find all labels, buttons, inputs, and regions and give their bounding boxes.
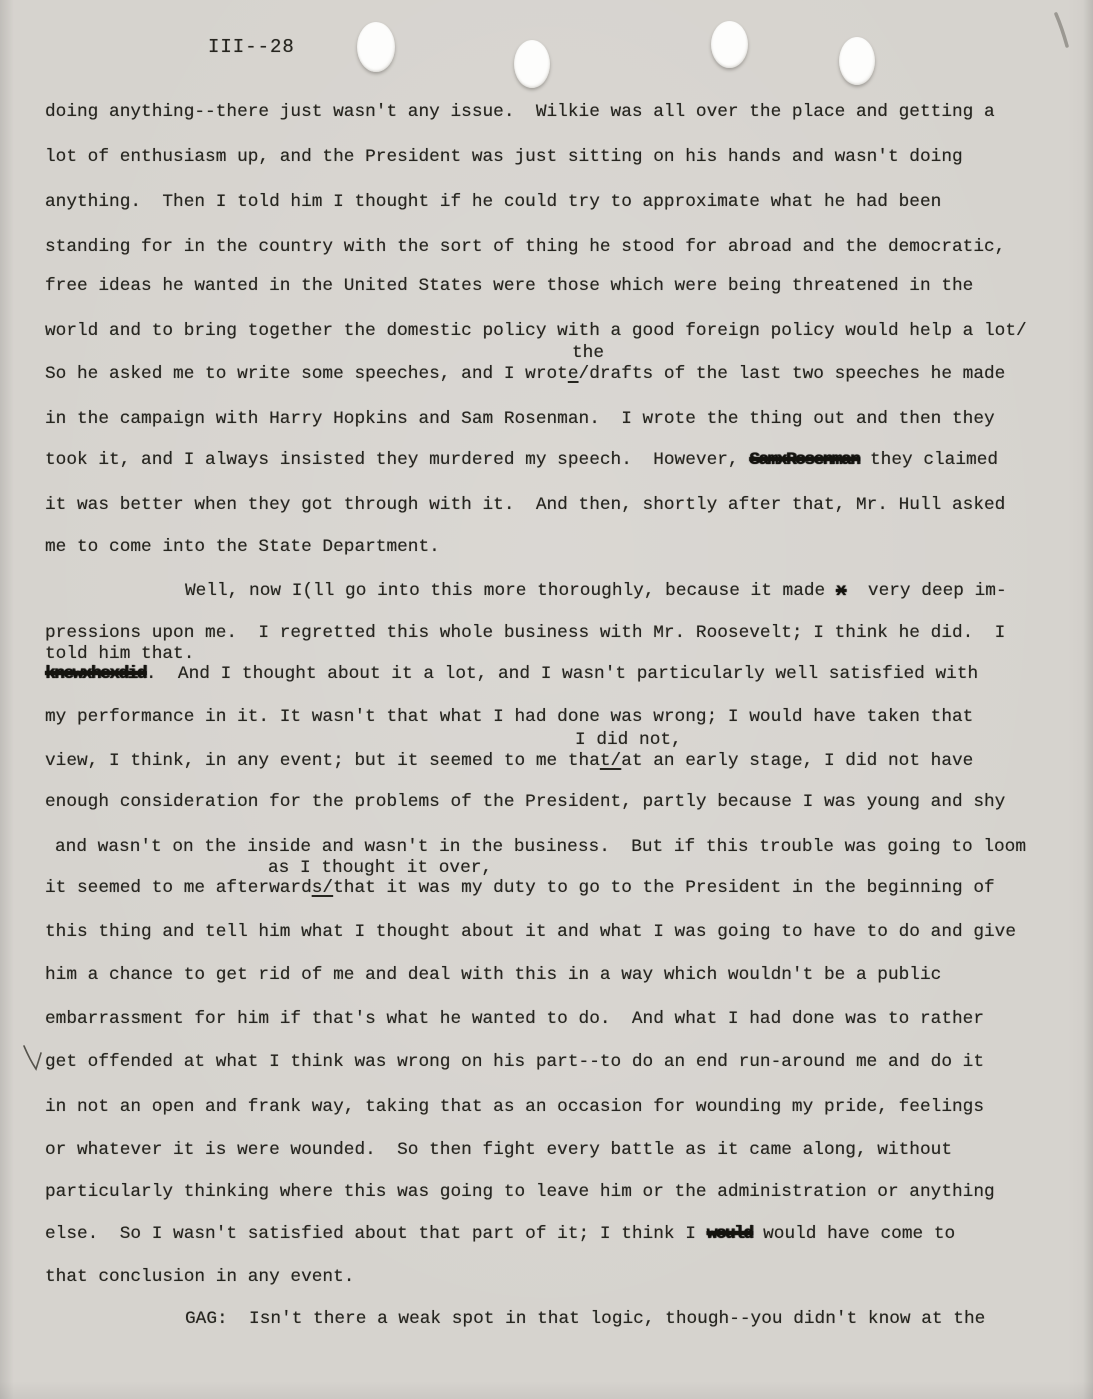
text-segment: or whatever it is were wounded. So then … (45, 1140, 952, 1160)
text-segment: him a chance to get rid of me and deal w… (45, 965, 941, 985)
typed-line: get offended at what I think was wrong o… (45, 1051, 984, 1073)
typed-line: standing for in the country with the sor… (45, 236, 1005, 258)
typed-line: Well, now I(ll go into this more thoroug… (185, 580, 1007, 602)
document-page: III--28 doing anything--there just wasn'… (0, 0, 1093, 1399)
text-segment: as I thought it over, (268, 858, 492, 878)
insertion-caret-underline: t/ (600, 751, 621, 771)
typed-line: me to come into the State Department. (45, 536, 440, 558)
interlinear-insertion: as I thought it over, (268, 857, 492, 879)
typed-line: GAG: Isn't there a weak spot in that log… (185, 1308, 985, 1330)
typed-line: particularly thinking where this was goi… (45, 1181, 995, 1203)
text-segment: that conclusion in any event. (45, 1267, 354, 1287)
typed-line: embarrassment for him if that's what he … (45, 1008, 984, 1030)
text-segment: /drafts of the last two speeches he made (579, 364, 1006, 384)
text-segment: it seemed to me afterward (45, 878, 312, 898)
typed-line: my performance in it. It wasn't that wha… (45, 706, 973, 728)
interlinear-insertion: I did not, (575, 729, 682, 751)
typed-line: else. So I wasn't satisfied about that p… (45, 1223, 955, 1245)
typed-line: him a chance to get rid of me and deal w… (45, 964, 941, 986)
margin-checkmark (24, 1046, 41, 1069)
text-segment: took it, and I always insisted they murd… (45, 450, 749, 470)
interlinear-insertion: the (572, 342, 604, 364)
text-segment: free ideas he wanted in the United State… (45, 276, 973, 296)
text-segment: pressions upon me. I regretted this whol… (45, 623, 1005, 643)
text-segment: in the campaign with Harry Hopkins and S… (45, 409, 995, 429)
text-segment: doing anything--there just wasn't any is… (45, 102, 995, 122)
text-segment: that it was my duty to go to the Preside… (333, 878, 995, 898)
text-segment: at an early stage, I did not have (621, 751, 973, 771)
struck-out-text: would (707, 1224, 753, 1244)
text-segment: standing for in the country with the sor… (45, 237, 1005, 257)
text-segment: embarrassment for him if that's what he … (45, 1009, 984, 1029)
hole-punch (357, 22, 395, 72)
typed-line: it seemed to me afterwards/that it was m… (45, 877, 995, 899)
text-segment: very deep im- (847, 581, 1007, 601)
text-segment: So he asked me to write some speeches, a… (45, 364, 568, 384)
typed-line: anything. Then I told him I thought if h… (45, 191, 941, 213)
page-number: III--28 (208, 36, 295, 58)
typed-line: in not an open and frank way, taking tha… (45, 1096, 984, 1118)
typed-line: and wasn't on the inside and wasn't in t… (55, 836, 1026, 858)
text-segment: Well, now I(ll go into this more thoroug… (185, 581, 836, 601)
struck-out-text: knewxhexdid (45, 664, 146, 684)
typed-line: or whatever it is were wounded. So then … (45, 1139, 952, 1161)
text-segment: . And I thought about it a lot, and I wa… (146, 664, 978, 684)
typed-line: lot of enthusiasm up, and the President … (45, 146, 963, 168)
text-segment: told him that. (45, 644, 194, 664)
typed-line: this thing and tell him what I thought a… (45, 921, 1016, 943)
text-segment: view, I think, in any event; but it seem… (45, 751, 600, 771)
typed-line: free ideas he wanted in the United State… (45, 275, 973, 297)
text-segment: my performance in it. It wasn't that wha… (45, 707, 973, 727)
typed-line: view, I think, in any event; but it seem… (45, 750, 973, 772)
text-segment: and wasn't on the inside and wasn't in t… (55, 837, 1026, 857)
text-segment: it was better when they got through with… (45, 495, 1005, 515)
text-segment: I did not, (575, 730, 682, 750)
struck-out-text: x (836, 581, 847, 601)
typed-line: enough consideration for the problems of… (45, 791, 1005, 813)
text-segment: me to come into the State Department. (45, 537, 440, 557)
struck-out-text: SamxRosenman (749, 450, 859, 470)
text-segment: enough consideration for the problems of… (45, 792, 1005, 812)
typed-line: that conclusion in any event. (45, 1266, 354, 1288)
text-segment: the (572, 343, 604, 363)
typed-line: world and to bring together the domestic… (45, 320, 1027, 342)
text-segment: in not an open and frank way, taking tha… (45, 1097, 984, 1117)
text-segment: anything. Then I told him I thought if h… (45, 192, 941, 212)
text-segment: world and to bring together the domestic… (45, 321, 1027, 341)
typed-line: knewxhexdid. And I thought about it a lo… (45, 663, 978, 685)
text-segment: GAG: Isn't there a weak spot in that log… (185, 1309, 985, 1329)
typed-line: in the campaign with Harry Hopkins and S… (45, 408, 995, 430)
text-segment: particularly thinking where this was goi… (45, 1182, 995, 1202)
typed-line: pressions upon me. I regretted this whol… (45, 622, 1005, 644)
typed-line: it was better when they got through with… (45, 494, 1005, 516)
insertion-caret-underline: s/ (312, 878, 333, 898)
text-segment: would have come to (752, 1224, 955, 1244)
text-segment: they claimed (859, 450, 998, 470)
pen-smudge-mark (1056, 14, 1067, 46)
typed-line: took it, and I always insisted they murd… (45, 449, 998, 471)
text-segment: get offended at what I think was wrong o… (45, 1052, 984, 1072)
hole-punch (514, 40, 550, 88)
text-segment: this thing and tell him what I thought a… (45, 922, 1016, 942)
text-segment: lot of enthusiasm up, and the President … (45, 147, 963, 167)
insertion-caret-underline: e (568, 364, 579, 384)
text-segment: else. So I wasn't satisfied about that p… (45, 1224, 707, 1244)
interlinear-insertion: told him that. (45, 643, 194, 665)
hole-punch (711, 21, 748, 68)
hole-punch (839, 37, 875, 85)
typed-line: So he asked me to write some speeches, a… (45, 363, 1005, 385)
typed-line: doing anything--there just wasn't any is… (45, 101, 995, 123)
